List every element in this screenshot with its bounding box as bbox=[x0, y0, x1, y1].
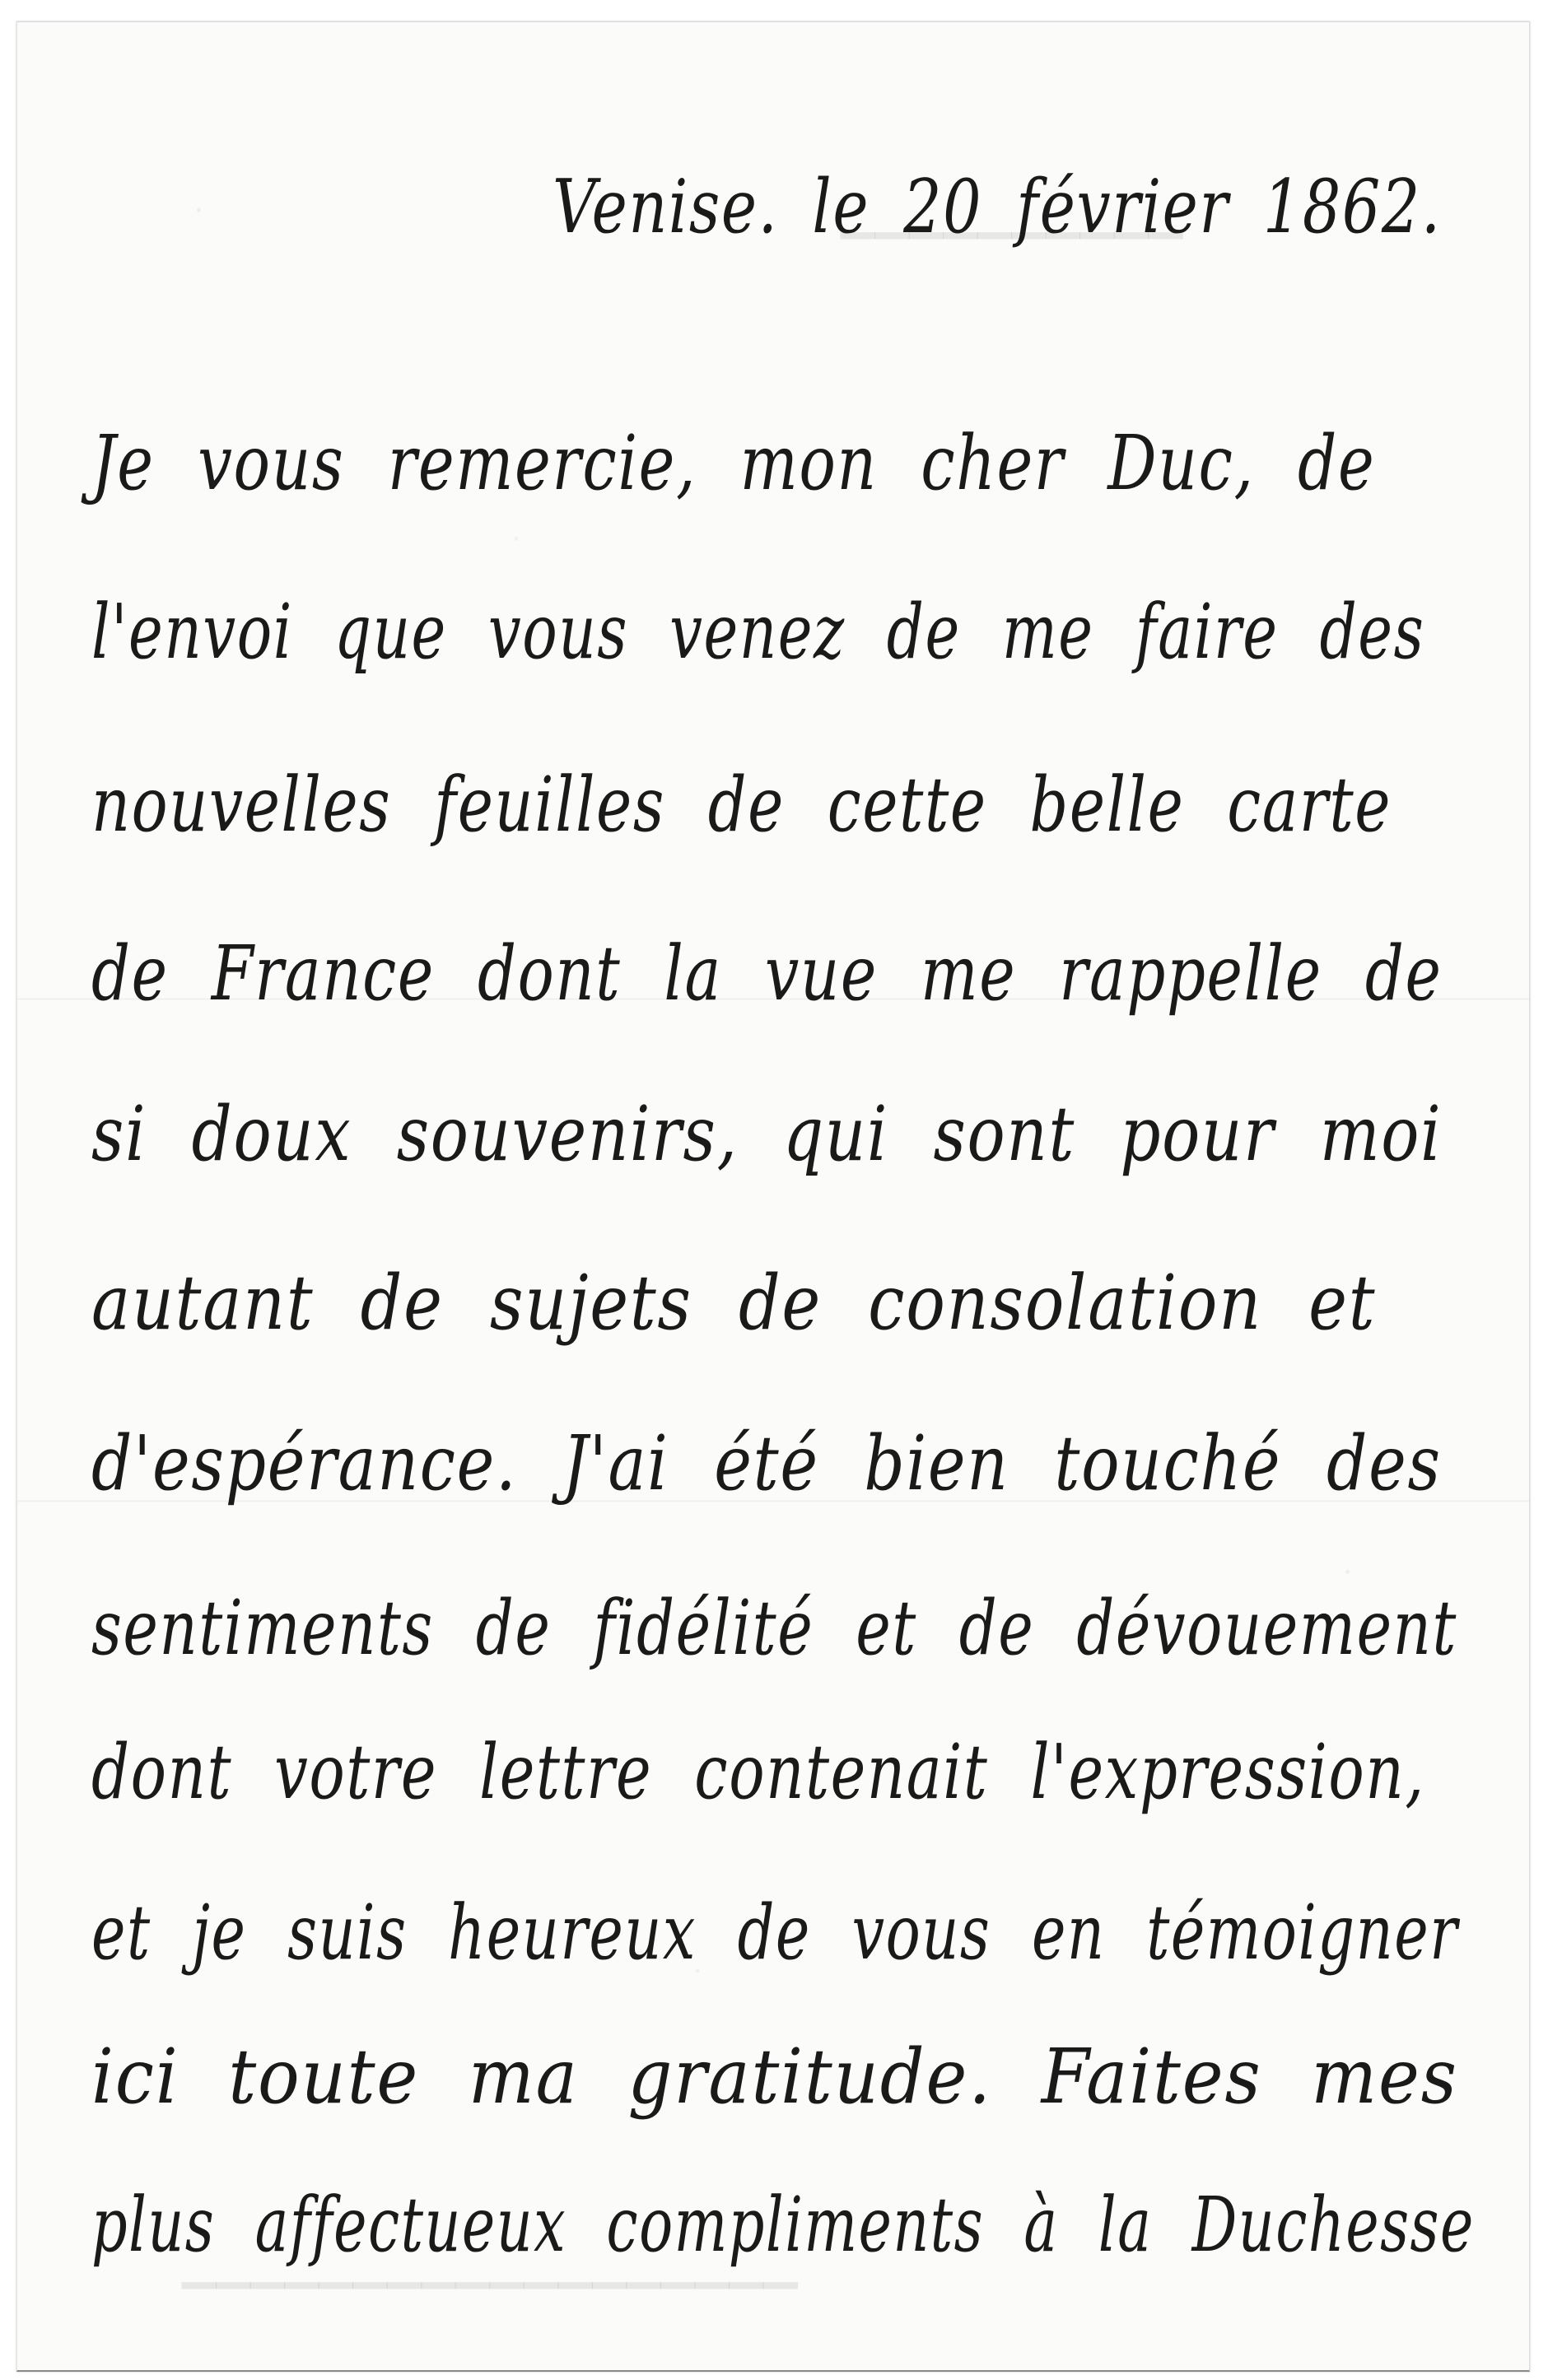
letter-line-10: et je suis heureux de vous en témoigner bbox=[91, 1895, 1458, 1971]
letter-line-5: si doux souvenirs, qui sont pour moi bbox=[91, 1097, 1442, 1172]
letter-line-12: plus affectueux compliments à la Duchess… bbox=[91, 2187, 1475, 2263]
letter-line-7: d'espérance. J'ai été bien touché des bbox=[91, 1426, 1442, 1502]
letter-line-2: l'envoi que vous venez de me faire des bbox=[91, 594, 1424, 670]
letter-line-8: sentiments de fidélité et de dévouement bbox=[91, 1591, 1457, 1666]
letter-line-4: de France dont la vue me rappelle de bbox=[91, 936, 1443, 1012]
letter-sheet: ▁▁▁▁▁▁▁▁▁▁ ▁▁▁▁▁▁▁▁▁▁▁▁▁▁▁▁▁▁ Venise. le… bbox=[16, 21, 1530, 2372]
letter-line-11: ici toute ma gratitude. Faites mes bbox=[91, 2039, 1458, 2115]
letter-line-6: autant de sujets de consolation et bbox=[91, 1265, 1376, 1341]
letter-line-3: nouvelles feuilles de cette belle carte bbox=[91, 767, 1392, 843]
letter-dateline: Venise. le 20 février 1862. bbox=[553, 170, 1442, 245]
letter-line-1: Je vous remercie, mon cher Duc, de bbox=[91, 426, 1375, 501]
letter-line-9: dont votre lettre contenait l'expression… bbox=[91, 1735, 1425, 1810]
